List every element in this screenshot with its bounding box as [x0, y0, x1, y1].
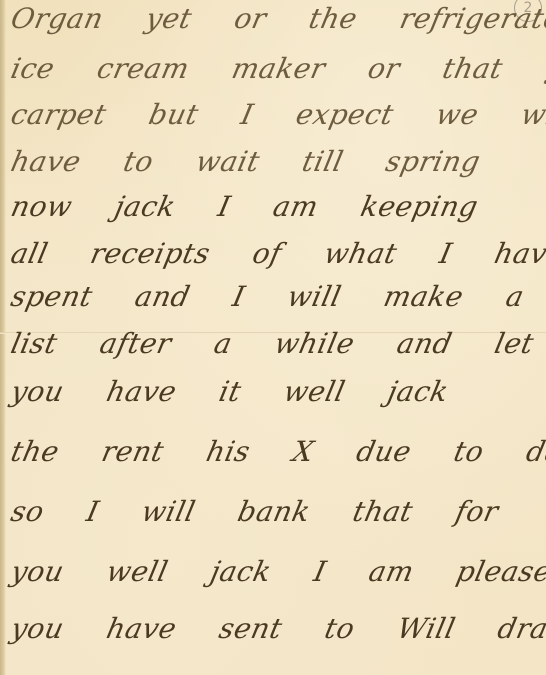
- handwritten-line: Organ yet or the refrigerator or: [8, 2, 546, 35]
- paper-left-edge: [0, 0, 6, 675]
- handwritten-line: you have sent to Will drake: [8, 612, 546, 645]
- handwritten-line: spent and I will make a: [8, 280, 527, 313]
- handwritten-line: carpet but I expect we will: [8, 98, 546, 131]
- handwritten-line: now jack I am keeping: [8, 190, 481, 223]
- handwritten-line: you well jack I am pleased: [8, 555, 546, 588]
- handwritten-line: you have it well jack: [8, 375, 452, 408]
- handwritten-line: all receipts of what I have: [8, 237, 546, 270]
- handwritten-line: the rent his X due to day: [8, 435, 546, 468]
- handwritten-line: so I will bank that for: [8, 495, 502, 528]
- handwritten-line: list after a while and let: [8, 327, 537, 360]
- letter-page: 2 Organ yet or the refrigerator or ice c…: [0, 0, 546, 675]
- handwritten-line: ice cream maker or that green: [8, 52, 546, 85]
- handwritten-line: have to wait till spring: [8, 145, 483, 178]
